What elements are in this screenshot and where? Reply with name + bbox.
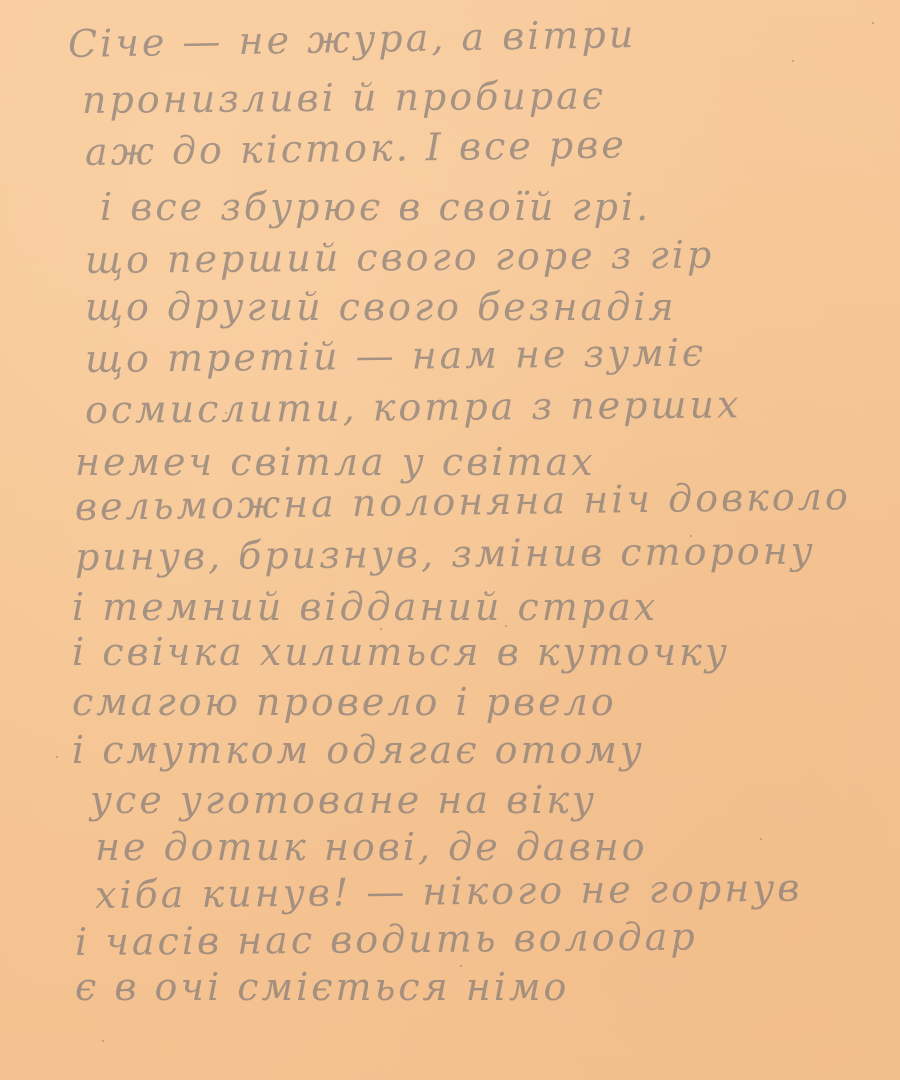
manuscript-line: Січе — не жура, а вітри xyxy=(68,12,637,66)
manuscript-line: що третій — нам не зуміє xyxy=(85,330,707,381)
manuscript-line: і все збурює в своїй грі. xyxy=(100,185,651,229)
manuscript-text: Січе — не жура, а вітри пронизливі й про… xyxy=(0,0,900,1080)
manuscript-line: і смутком одягає отому xyxy=(72,728,645,772)
manuscript-line: і свічка хилиться в куточку xyxy=(72,630,730,674)
manuscript-line: смагою провело і рвело xyxy=(72,680,617,724)
manuscript-line: ринув, бризнув, змінив сторону xyxy=(75,529,816,579)
manuscript-line: хіба кинув! — нікого не горнув xyxy=(95,866,803,917)
manuscript-line: і темний відданий страх xyxy=(72,585,658,629)
manuscript-line: немеч світла у світах xyxy=(75,440,596,484)
manuscript-line: що перший свого горе з гір xyxy=(85,233,715,282)
manuscript-line: є в очі сміється німо xyxy=(75,965,569,1009)
manuscript-line: осмислити, котра з перших xyxy=(85,382,742,432)
manuscript-line: не дотик нові, де давно xyxy=(95,825,648,869)
manuscript-line: аж до кісток. І все рве xyxy=(85,122,627,174)
manuscript-line: що другий свого безнадія xyxy=(85,285,677,329)
manuscript-line: вельможна полоняна ніч довколо xyxy=(75,474,851,529)
manuscript-line: пронизливі й пробирає xyxy=(82,73,606,122)
manuscript-line: усе уготоване на віку xyxy=(90,778,597,822)
manuscript-line: і часів нас водить володар xyxy=(75,915,698,964)
